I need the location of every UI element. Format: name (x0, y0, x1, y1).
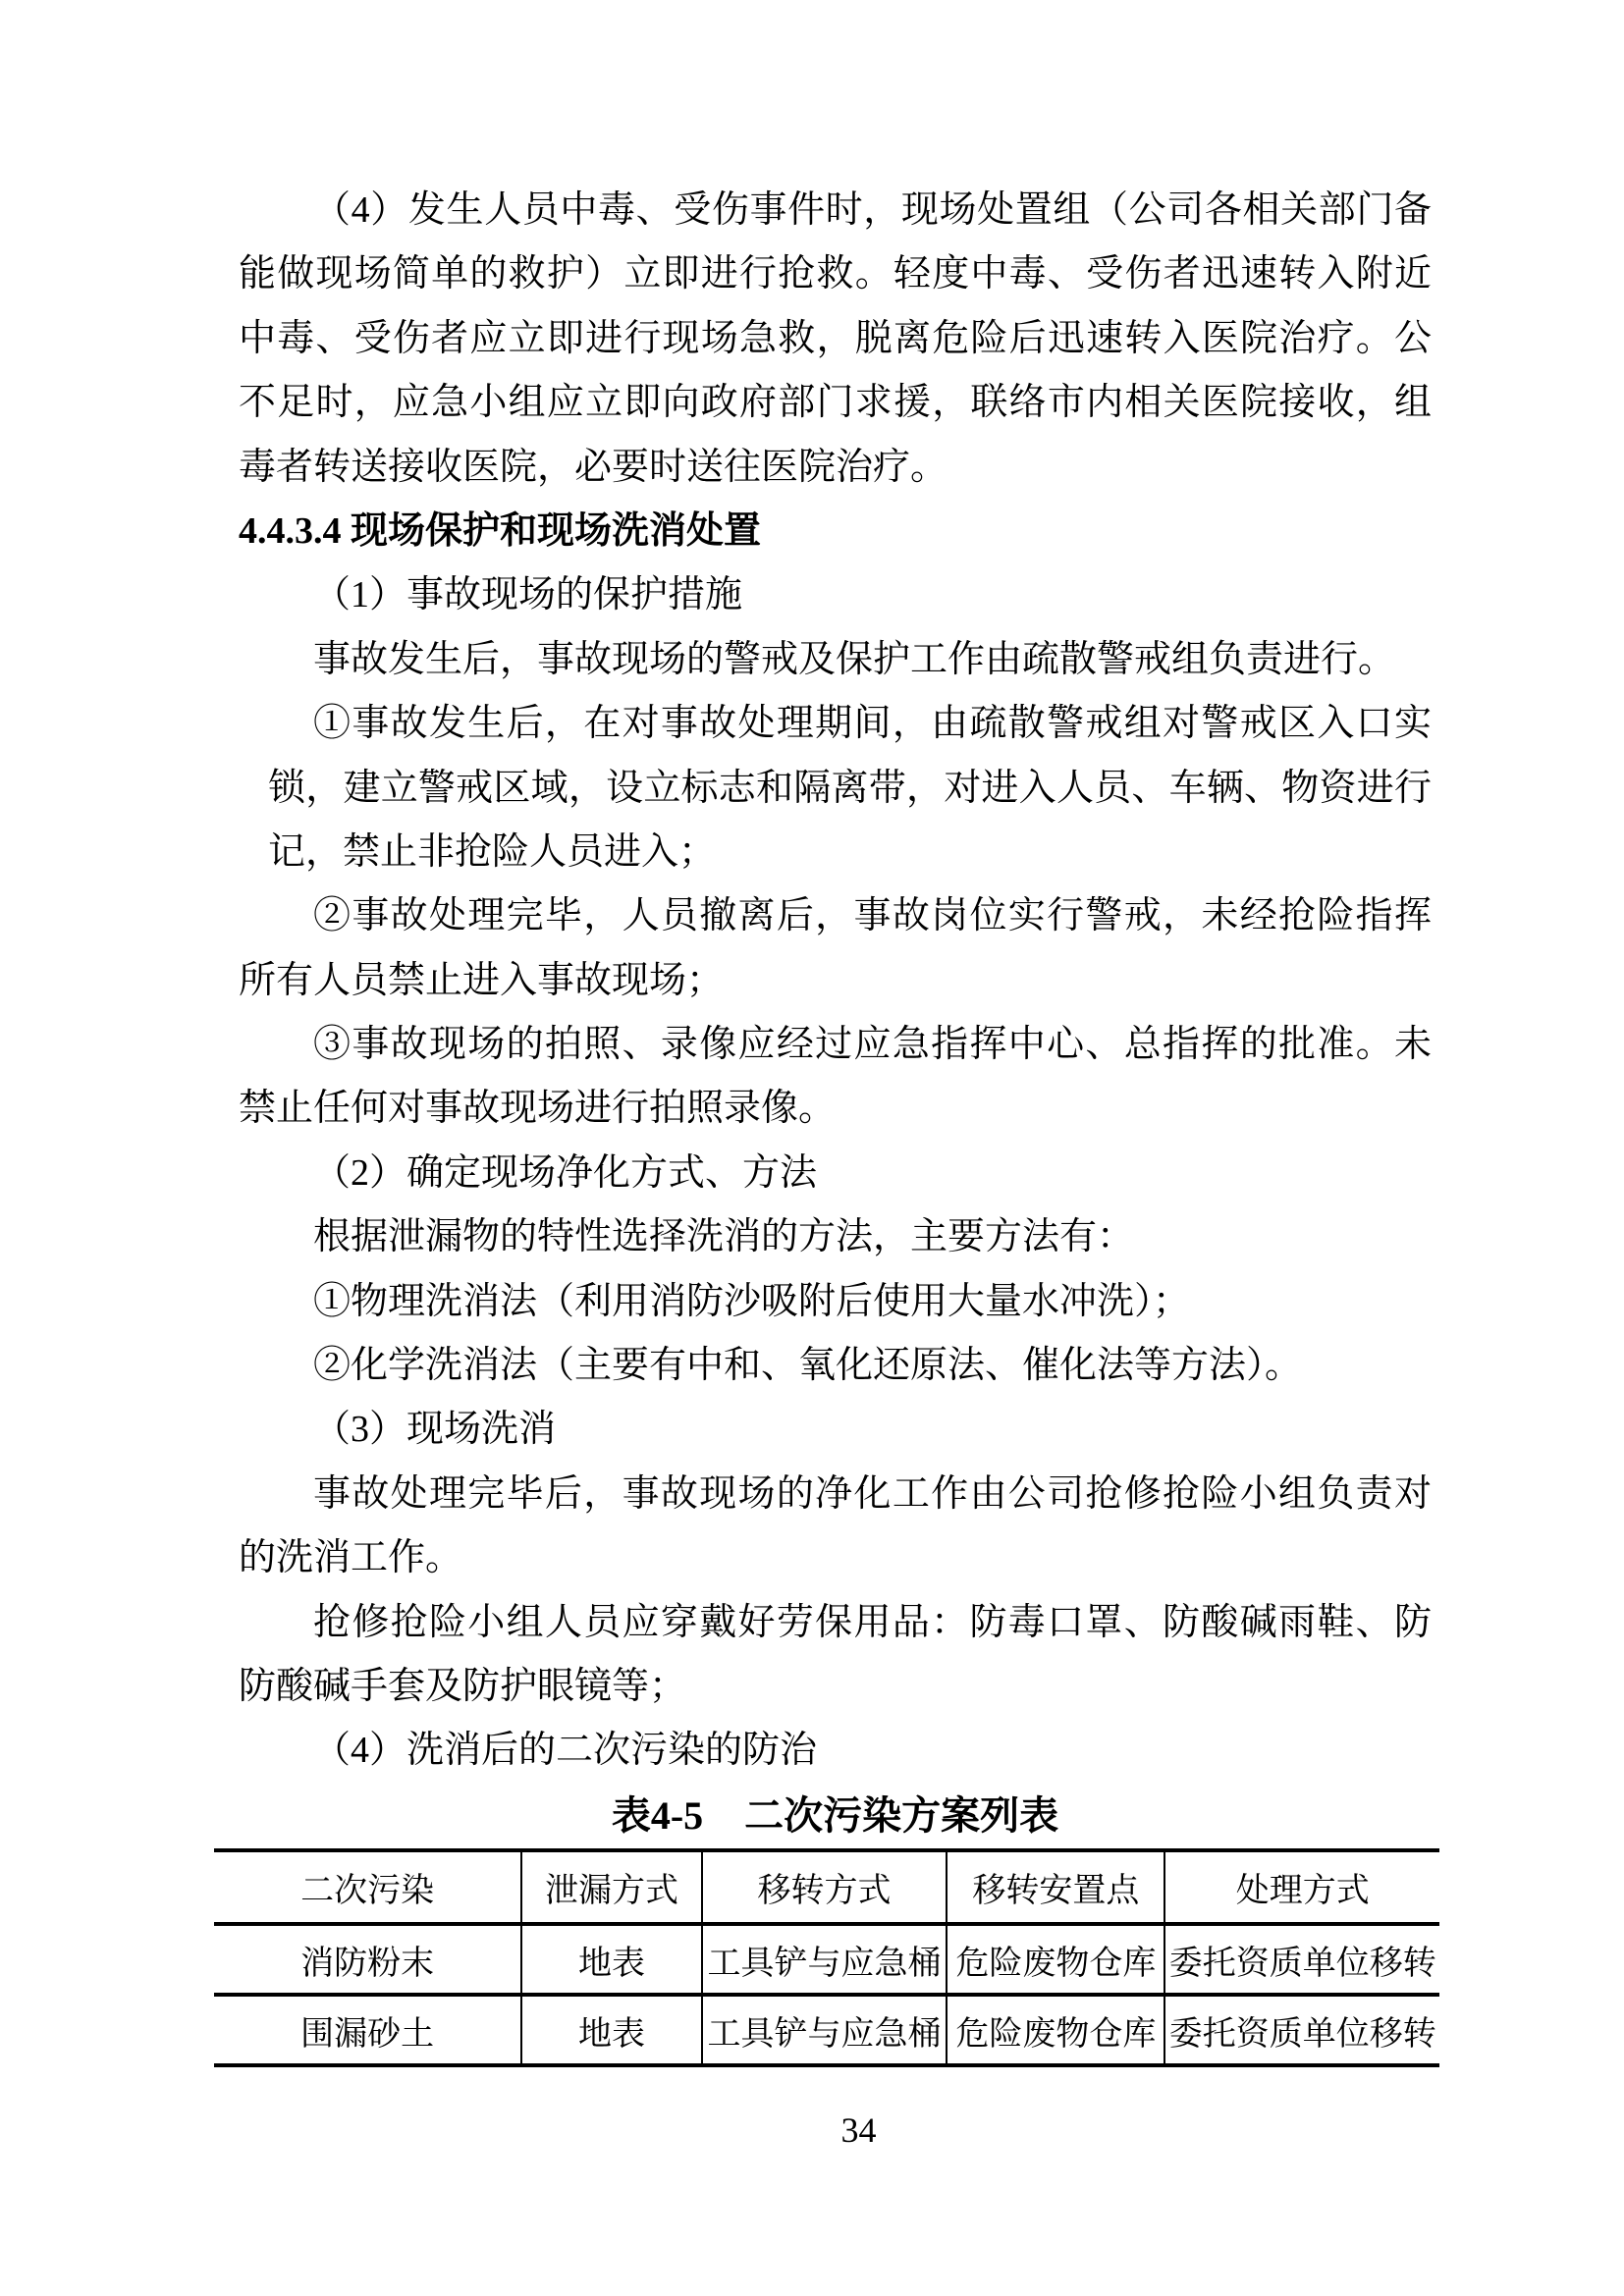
para-circle-3: ③事故现场的拍照、录像应经过应急指挥中心、总指挥的批准。未经批准，禁止任何对事故… (239, 1013, 1432, 1142)
text-line: 毒者转送接收医院，必要时送往医院治疗。 (239, 436, 1432, 500)
table-header-cell: 处理方式 (1164, 1850, 1439, 1924)
text-line: 锁，建立警戒区域，设立标志和隔离带，对进入人员、车辆、物资进行检查、登 (268, 757, 1432, 821)
para-item-2-title: （2）确定现场净化方式、方法 (239, 1142, 1432, 1205)
secondary-pollution-table-body: 二次污染泄漏方式移转方式移转安置点处理方式消防粉末地表工具铲与应急桶危险废物仓库… (214, 1850, 1439, 2065)
para-rescue-measures: （4）发生人员中毒、受伤事件时，现场处置组（公司各相关部门备有应急物资，能做现场… (239, 179, 1432, 500)
para-method-intro: 根据泄漏物的特性选择洗消的方法，主要方法有： (239, 1205, 1432, 1269)
para-ppe: 抢修抢险小组人员应穿戴好劳保用品：防毒口罩、防酸碱雨鞋、防酸碱服、防酸碱手套及防… (239, 1591, 1432, 1720)
table-cell: 围漏砂土 (214, 1995, 521, 2065)
table-cell: 工具铲与应急桶 (702, 1995, 947, 2065)
table-title: 表4-5二次污染方案列表 (239, 1784, 1432, 1847)
table-header-row: 二次污染泄漏方式移转方式移转安置点处理方式 (214, 1850, 1439, 1924)
table-cell: 地表 (521, 1995, 701, 2065)
table-cell: 委托资质单位移转 (1164, 1924, 1439, 1995)
text-line: 事故发生后，事故现场的警戒及保护工作由疏散警戒组负责进行。 (239, 628, 1432, 692)
text-line: （4）洗消后的二次污染的防治 (239, 1719, 1432, 1783)
text-line: 的洗消工作。 (239, 1526, 1432, 1590)
table-title-label: 表4-5 (612, 1793, 703, 1838)
table-header-cell: 移转方式 (702, 1850, 947, 1924)
text-line: ②事故处理完毕，人员撤离后，事故岗位实行警戒，未经抢险指挥部批准， (239, 884, 1432, 948)
table-header-cell: 泄漏方式 (521, 1850, 701, 1924)
table-row: 围漏砂土地表工具铲与应急桶危险废物仓库委托资质单位移转 (214, 1995, 1439, 2065)
text-line: ③事故现场的拍照、录像应经过应急指挥中心、总指挥的批准。未经批准， (239, 1013, 1432, 1077)
text-line: （3）现场洗消 (239, 1398, 1432, 1462)
text-line: ②化学洗消法（主要有中和、氧化还原法、催化法等方法）。 (239, 1334, 1432, 1398)
para-physical-method: ①物理洗消法（利用消防沙吸附后使用大量水冲洗）； (239, 1270, 1432, 1334)
table-cell: 消防粉末 (214, 1924, 521, 1995)
text-line: ①物理洗消法（利用消防沙吸附后使用大量水冲洗）； (239, 1270, 1432, 1334)
para-chemical-method: ②化学洗消法（主要有中和、氧化还原法、催化法等方法）。 (239, 1334, 1432, 1398)
table-row: 消防粉末地表工具铲与应急桶危险废物仓库委托资质单位移转 (214, 1924, 1439, 1995)
table-cell: 委托资质单位移转 (1164, 1995, 1439, 2065)
text-line: 记，禁止非抢险人员进入； (268, 821, 1432, 884)
heading-4-4-3-4: 4.4.3.4 现场保护和现场洗消处置 (239, 500, 1432, 563)
text-line: 防酸碱手套及防护眼镜等； (239, 1655, 1432, 1719)
text-line: （4）发生人员中毒、受伤事件时，现场处置组（公司各相关部门备有应急物资， (239, 179, 1432, 242)
secondary-pollution-table: 二次污染泄漏方式移转方式移转安置点处理方式消防粉末地表工具铲与应急桶危险废物仓库… (214, 1848, 1439, 2067)
table-header-cell: 二次污染 (214, 1850, 521, 1924)
para-circle-1: ①事故发生后，在对事故处理期间，由疏散警戒组对警戒区入口实行警戒封锁，建立警戒区… (239, 692, 1432, 884)
table-header-cell: 移转安置点 (947, 1850, 1164, 1924)
para-item-1-title: （1）事故现场的保护措施 (239, 563, 1432, 627)
table-cell: 地表 (521, 1924, 701, 1995)
text-line: 事故处理完毕后，事故现场的净化工作由公司抢修抢险小组负责对事故现场 (239, 1463, 1432, 1526)
page-number: 34 (0, 2109, 1624, 2152)
table-cell: 工具铲与应急桶 (702, 1924, 947, 1995)
para-item-3-title: （3）现场洗消 (239, 1398, 1432, 1462)
table-title-text: 二次污染方案列表 (744, 1793, 1058, 1838)
text-line: （1）事故现场的保护措施 (239, 563, 1432, 627)
text-line: 4.4.3.4 现场保护和现场洗消处置 (239, 500, 1432, 563)
text-line: （2）确定现场净化方式、方法 (239, 1142, 1432, 1205)
table-cell: 危险废物仓库 (947, 1995, 1164, 2065)
para-item-4-title: （4）洗消后的二次污染的防治 (239, 1719, 1432, 1783)
text-line: 所有人员禁止进入事故现场； (239, 949, 1432, 1013)
text-line: 不足时，应急小组应立即向政府部门求援，联络市内相关医院接收，组织车辆将中 (239, 371, 1432, 435)
text-line: 能做现场简单的救护）立即进行抢救。轻度中毒、受伤者迅速转入附近医院，高度 (239, 242, 1432, 306)
para-guard-duty: 事故发生后，事故现场的警戒及保护工作由疏散警戒组负责进行。 (239, 628, 1432, 692)
text-line: 抢修抢险小组人员应穿戴好劳保用品：防毒口罩、防酸碱雨鞋、防酸碱服、 (239, 1591, 1432, 1655)
para-site-cleaning: 事故处理完毕后，事故现场的净化工作由公司抢修抢险小组负责对事故现场的洗消工作。 (239, 1463, 1432, 1591)
text-block: （4）发生人员中毒、受伤事件时，现场处置组（公司各相关部门备有应急物资，能做现场… (239, 179, 1432, 1847)
text-line: 禁止任何对事故现场进行拍照录像。 (239, 1077, 1432, 1141)
text-line: 根据泄漏物的特性选择洗消的方法，主要方法有： (239, 1205, 1432, 1269)
text-line: ①事故发生后，在对事故处理期间，由疏散警戒组对警戒区入口实行警戒封 (268, 692, 1432, 756)
document-page: （4）发生人员中毒、受伤事件时，现场处置组（公司各相关部门备有应急物资，能做现场… (0, 0, 1624, 2296)
text-line: 中毒、受伤者应立即进行现场急救，脱离危险后迅速转入医院治疗。公司医疗力量 (239, 307, 1432, 371)
para-circle-2: ②事故处理完毕，人员撤离后，事故岗位实行警戒，未经抢险指挥部批准，所有人员禁止进… (239, 884, 1432, 1013)
table-cell: 危险废物仓库 (947, 1924, 1164, 1995)
